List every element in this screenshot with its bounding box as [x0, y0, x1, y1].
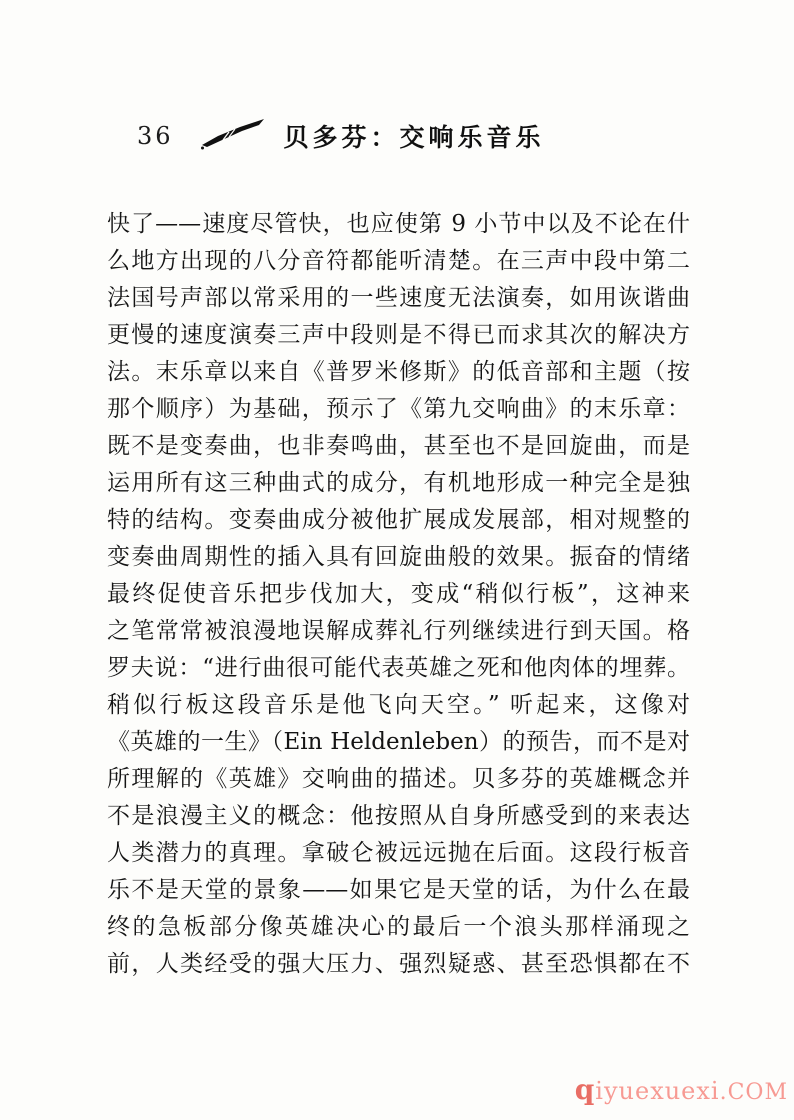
text-line: 法国号声部以常采用的一些速度无法演奏，如用诙谐曲 [107, 280, 690, 317]
text-line: 更慢的速度演奏三声中段则是不得已而求其次的解决方 [107, 317, 690, 354]
page-number: 36 [137, 122, 174, 150]
text-line: 运用所有这三种曲式的成分，有机地形成一种完全是独 [107, 465, 690, 502]
text-line: 之笔常常被浪漫地误解成葬礼行列继续进行到天国。格 [107, 613, 690, 650]
body-text-block: 快了——速度尽管快，也应使第 9 小节中以及不论在什 么地方出现的八分音符都能听… [107, 206, 690, 983]
fountain-pen-icon [200, 118, 266, 154]
text-line: 罗夫说：“进行曲很可能代表英雄之死和他肉体的埋葬。 [107, 650, 690, 687]
text-line: 快了——速度尽管快，也应使第 9 小节中以及不论在什 [107, 206, 690, 243]
text-line: 法。末乐章以来自《普罗米修斯》的低音部和主题（按 [107, 354, 690, 391]
watermark-text: iyuexuexi [595, 1077, 719, 1105]
watermark-suffix: .COM [720, 1080, 788, 1105]
text-line: 前，人类经受的强大压力、强烈疑惑、甚至恐惧都在不 [107, 946, 690, 983]
text-line: 变奏曲周期性的插入具有回旋曲般的效果。振奋的情绪 [107, 539, 690, 576]
text-line: 既不是变奏曲，也非奏鸣曲，甚至也不是回旋曲，而是 [107, 428, 690, 465]
text-line: 稍似行板这段音乐是他飞向天空。” 听起来，这像对 [107, 687, 690, 724]
text-line: 人类潜力的真理。拿破仑被远远抛在后面。这段行板音 [107, 835, 690, 872]
watermark-prefix: q [575, 1073, 596, 1106]
running-header-title: 贝多芬：交响乐音乐 [284, 118, 545, 154]
text-line: 不是浪漫主义的概念：他按照从自身所感受到的来表达 [107, 798, 690, 835]
site-watermark: qiyuexuexi.COM [575, 1073, 788, 1106]
text-line: 乐不是天堂的景象——如果它是天堂的话，为什么在最 [107, 872, 690, 909]
text-line: 那个顺序）为基础，预示了《第九交响曲》的末乐章： [107, 391, 690, 428]
text-line: 《英雄的一生》（Ein Heldenleben）的预告，而不是对我 [107, 724, 690, 761]
text-line: 最终促使音乐把步伐加大，变成“稍似行板”，这神来 [107, 576, 690, 613]
text-line: 么地方出现的八分音符都能听清楚。在三声中段中第二 [107, 243, 690, 280]
text-line: 终的急板部分像英雄决心的最后一个浪头那样涌现之 [107, 909, 690, 946]
text-line: 特的结构。变奏曲成分被他扩展成发展部，相对规整的 [107, 502, 690, 539]
text-line: 所理解的《英雄》交响曲的描述。贝多芬的英雄概念并 [107, 761, 690, 798]
page-header: 36 贝多芬：交响乐音乐 [137, 118, 545, 154]
book-page: 36 贝多芬：交响乐音乐 快了——速度尽管快，也应使第 9 小节中以及不论在什 … [0, 0, 794, 1120]
